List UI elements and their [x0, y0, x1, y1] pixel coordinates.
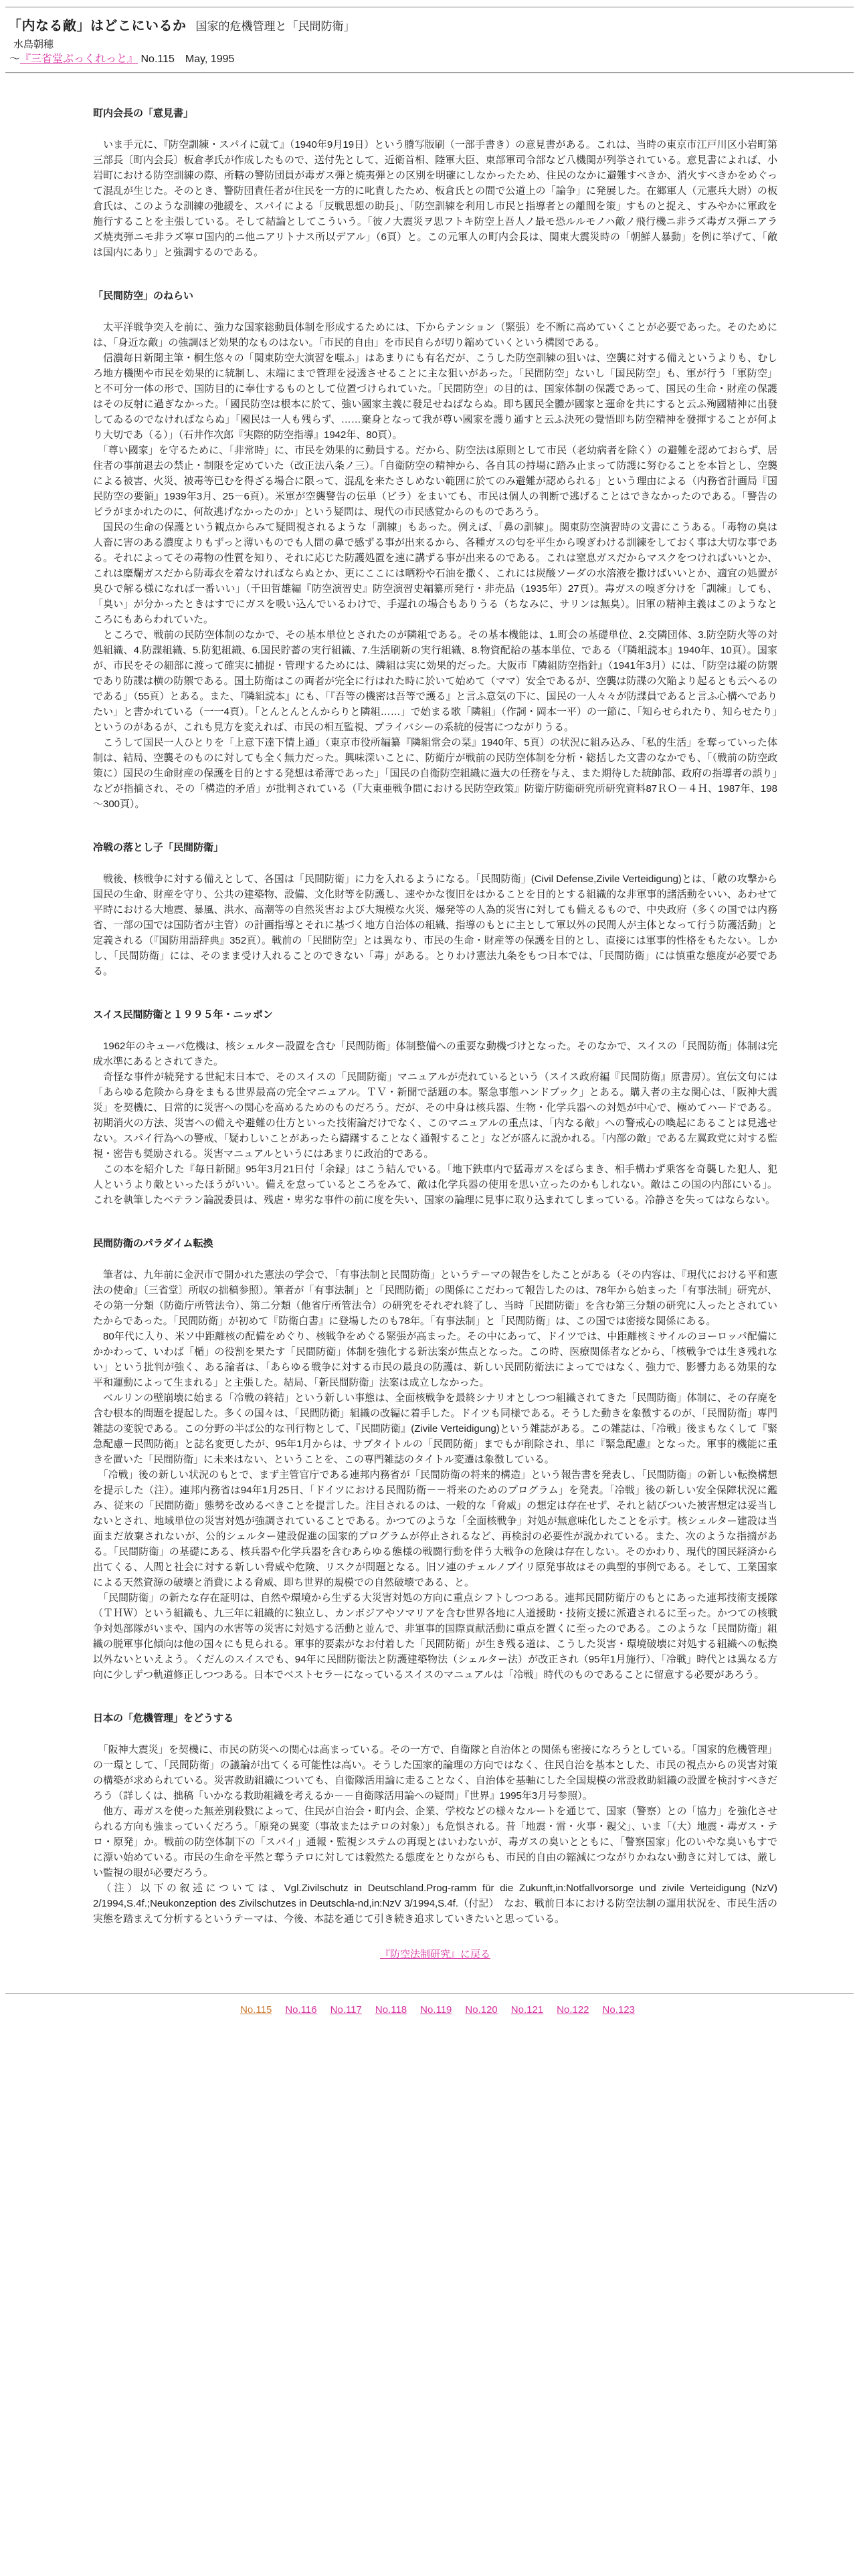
section-chonaikaicho-ikensho: 町内会長の「意見書」 いま手元に、『防空訓練・スパイに就て』（1940年9月19…: [93, 106, 777, 260]
paragraph: 「阪神大震災」を契機に、市民の防災への関心は高まっている。その一方で、自衛隊と自…: [93, 1742, 777, 1804]
issue-link-no115[interactable]: No.115: [240, 2004, 272, 2016]
source-prefix: ～: [9, 53, 20, 65]
paragraph: 筆者は、九年前に金沢市で開かれた憲法の学会で、「有事法制と民間防衛」というテーマ…: [93, 1267, 777, 1329]
back-link[interactable]: 『防空法制研究』に戻る: [380, 1949, 490, 1960]
issue-link-no122[interactable]: No.122: [557, 2004, 589, 2016]
paragraph: 奇怪な事件が続発する世紀末日本で、そのスイスの「民間防衛」マニュアルが売れている…: [93, 1069, 777, 1162]
section-minkan-boku-nerai: 「民間防空」のねらい 太平洋戦争突入を前に、強力な国家総動員体制を形成するために…: [93, 288, 777, 812]
paragraph: こうして国民一人ひとりを「上意下達下情上通」（東京市役所編纂『隣組常会の栞』19…: [93, 735, 777, 812]
publication-line: ～『三省堂ぶっくれっと』 No.115 May, 1995: [9, 53, 859, 66]
section-heading: 民間防衛のパラダイム転換: [93, 1236, 777, 1251]
paragraph: 「尊い國家」を守るために、「非常時」に、市民を効果的に動員する。だから、防空法は…: [93, 443, 777, 520]
section-heading: 冷戦の落とし子「民間防衛」: [93, 840, 777, 855]
section-nihon-kikikanri: 日本の「危機管理」をどうする 「阪神大震災」を契機に、市民の防災への関心は高まっ…: [93, 1711, 777, 1881]
issue-link-no117[interactable]: No.117: [330, 2004, 362, 2016]
section-heading: 「民間防空」のねらい: [93, 288, 777, 304]
paragraph: 「冷戦」後の新しい状況のもとで、まず主管官庁である連邦内務省が「民間防衛の将来的…: [93, 1467, 777, 1590]
paragraph: 80年代に入り、米ソ中距離核の配備をめぐり、核戦争をめぐる緊張が高まった。その中…: [93, 1329, 777, 1390]
article-body: 町内会長の「意見書」 いま手元に、『防空訓練・スパイに就て』（1940年9月19…: [93, 106, 777, 1962]
source-issue: No.115 May, 1995: [140, 53, 234, 65]
section-paradigm-tenkan: 民間防衛のパラダイム転換 筆者は、九年前に金沢市で開かれた憲法の学会で、「有事法…: [93, 1236, 777, 1683]
paragraph: この本を紹介した『毎日新聞』95年3月21日付「余録」はこう結んでいる。「地下鉄…: [93, 1162, 777, 1208]
paragraph: ところで、戦前の民防空体制のなかで、その基本単位とされたのが隣組である。その基本…: [93, 627, 777, 735]
paragraph: 他方、毒ガスを使った無差別殺戮によって、住民が自治会・町内会、企業、学校などの様…: [93, 1804, 777, 1881]
source-link[interactable]: 『三省堂ぶっくれっと』: [20, 53, 138, 65]
section-heading: 町内会長の「意見書」: [93, 106, 777, 121]
section-swiss-minkan-boei: スイス民間防衛と１９９５年・ニッポン 1962年のキューバ危機は、核シェルター設…: [93, 1007, 777, 1208]
paragraph: 「民間防衛」の新たな存在証明は、自然や環境から生ずる大災害対処の方向に重点シフト…: [93, 1590, 777, 1683]
section-heading: スイス民間防衛と１９９５年・ニッポン: [93, 1007, 777, 1023]
footnote: （注）以下の叙述については、Vgl.Zivilschutz in Deutsch…: [93, 1881, 777, 1927]
paragraph: ベルリンの壁崩壊に始まる「冷戦の終結」という新しい事態は、全面核戦争を最終シナリ…: [93, 1390, 777, 1467]
issue-link-no123[interactable]: No.123: [603, 2004, 635, 2016]
section-reisen-otoshigo: 冷戦の落とし子「民間防衛」 戦後、核戦争に対する備えとして、各国は「民間防衛」に…: [93, 840, 777, 979]
paragraph: 戦後、核戦争に対する備えとして、各国は「民間防衛」に力を入れるようになる。「民間…: [93, 871, 777, 979]
paragraph: 国民の生命の保護という観点からみて疑問視されるような「訓練」もあった。例えば、「…: [93, 520, 777, 627]
article-page: 「内なる敵」はどこにいるか国家的危機管理と「民間防衛」 水島朝穂 ～『三省堂ぶっ…: [0, 7, 859, 2018]
issue-link-no119[interactable]: No.119: [420, 2004, 452, 2016]
bottom-divider: [5, 1993, 854, 1994]
article-header: 「内なる敵」はどこにいるか国家的危機管理と「民間防衛」 水島朝穂 ～『三省堂ぶっ…: [8, 17, 859, 66]
header-divider: [5, 72, 854, 74]
paragraph: 信濃毎日新聞主筆・桐生悠々の「関東防空大演習を嗤ふ」はあまりにも有名だが、こうし…: [93, 350, 777, 443]
issue-nav: No.115No.116No.117No.118No.119No.120No.1…: [93, 2002, 782, 2018]
paragraph: 1962年のキューバ危機は、核シェルター設置を含む「民間防衛」体制整備への重要な…: [93, 1039, 777, 1069]
back-link-row: 『防空法制研究』に戻る: [93, 1947, 777, 1962]
top-divider: [5, 7, 854, 8]
author-name: 水島朝穂: [13, 38, 859, 51]
title-line: 「内なる敵」はどこにいるか国家的危機管理と「民間防衛」: [8, 17, 859, 36]
issue-link-no116[interactable]: No.116: [285, 2004, 316, 2016]
issue-link-no121[interactable]: No.121: [511, 2004, 543, 2016]
section-heading: 日本の「危機管理」をどうする: [93, 1711, 777, 1726]
page-subtitle: 国家的危機管理と「民間防衛」: [196, 20, 355, 33]
paragraph: いま手元に、『防空訓練・スパイに就て』（1940年9月19日）という謄写版刷（一…: [93, 137, 777, 260]
page-title: 「内なる敵」はどこにいるか: [8, 19, 187, 33]
paragraph: 太平洋戦争突入を前に、強力な国家総動員体制を形成するためには、下からテンション（…: [93, 320, 777, 350]
issue-link-no120[interactable]: No.120: [465, 2004, 497, 2016]
issue-link-no118[interactable]: No.118: [375, 2004, 407, 2016]
